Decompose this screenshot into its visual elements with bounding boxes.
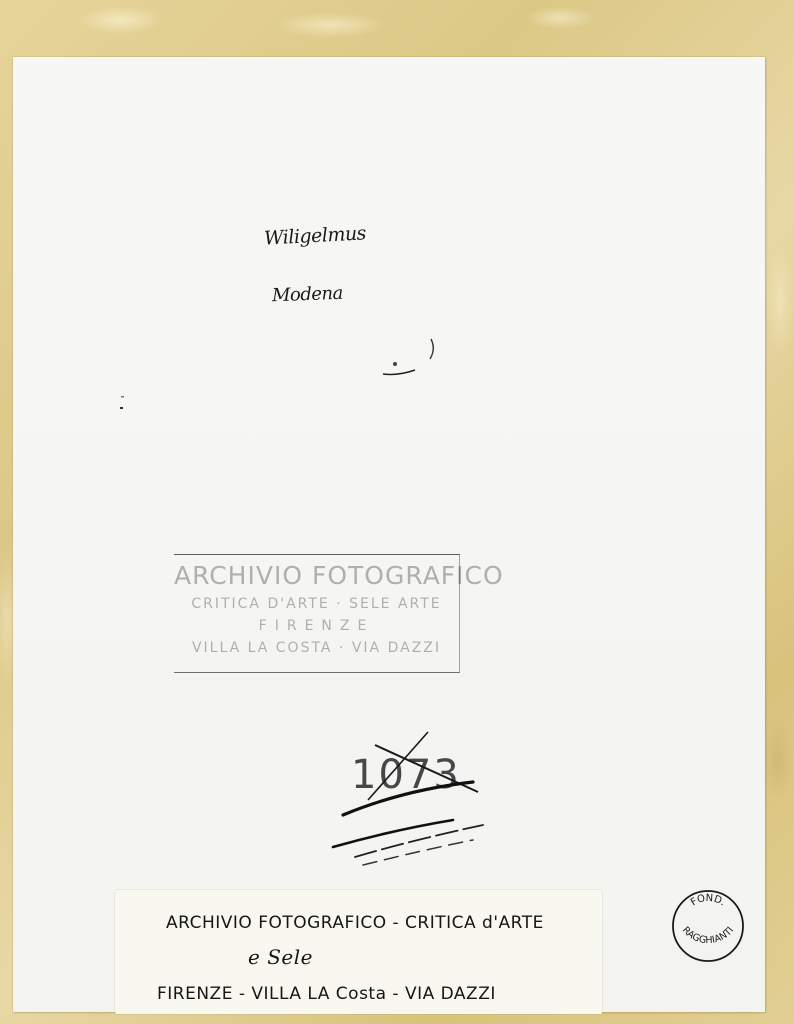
pencil-mark: [368, 327, 448, 387]
pencil-dots: [115, 387, 135, 417]
stamp-line-3: FIRENZE: [174, 618, 459, 634]
crossed-out-inventory-number: 1073: [313, 730, 503, 870]
stamp-line-4: VILLA LA COSTA · VIA DAZZI: [174, 640, 459, 656]
label-address: FIRENZE - VILLA LA Costa - VIA DAZZI: [157, 984, 496, 1004]
handwritten-artist-name: Wiligelmus: [263, 222, 366, 249]
svg-text:FOND.: FOND.: [689, 893, 727, 909]
handwritten-location: Modena: [272, 283, 343, 306]
photo-verso-paper: Wiligelmus Modena ARCHIVIO FOTOGRAFICO C…: [13, 57, 765, 1012]
stamp-line-2: CRITICA D'ARTE · SELE ARTE: [174, 596, 459, 612]
faded-archive-stamp: ARCHIVIO FOTOGRAFICO CRITICA D'ARTE · SE…: [174, 554, 460, 673]
fondazione-ragghianti-round-stamp: FOND. RAGGHIANTI: [663, 881, 753, 971]
stamp-line-1: ARCHIVIO FOTOGRAFICO: [174, 561, 459, 590]
label-archive-name: ARCHIVIO FOTOGRAFICO - CRITICA d'ARTE: [166, 913, 544, 933]
label-sele: e Sele: [248, 945, 313, 969]
archive-address-label: ARCHIVIO FOTOGRAFICO - CRITICA d'ARTE e …: [115, 890, 602, 1014]
svg-text:RAGGHIANTI: RAGGHIANTI: [680, 925, 736, 946]
